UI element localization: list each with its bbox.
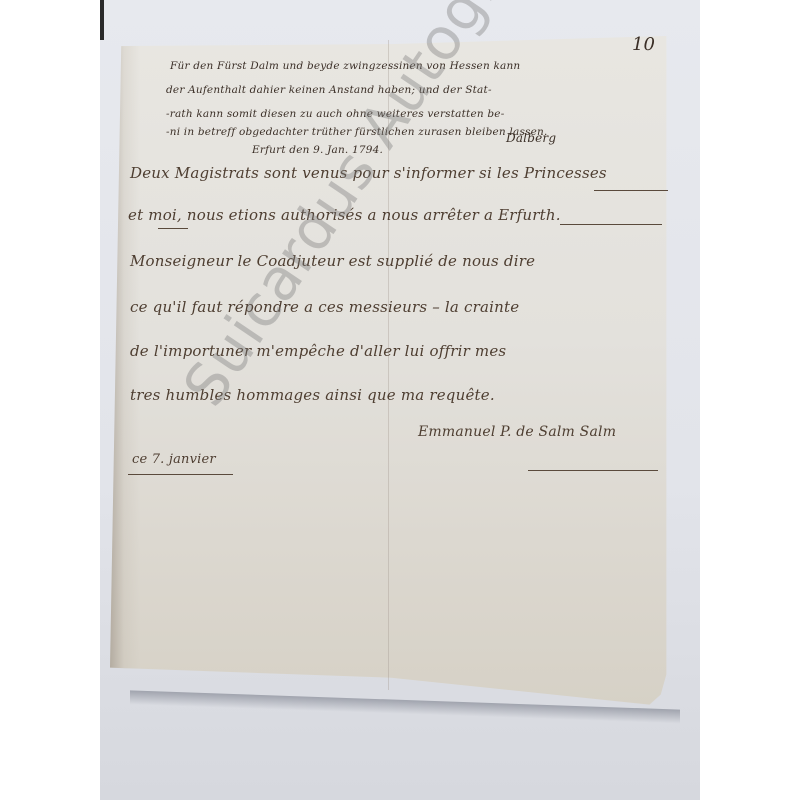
letter-date: ce 7. janvier [132,452,216,467]
underline [128,474,233,475]
letter-line-4: ce qu'il faut répondre a ces messieurs –… [130,298,519,316]
underline [560,224,662,225]
letter-signature: Emmanuel P. de Salm Salm [418,424,616,440]
underline [158,228,188,229]
german-note-signature: Dalberg [506,131,556,145]
german-note-line-1: Für den Fürst Dalm und beyde zwingzessin… [170,60,520,72]
german-note-line-3: -rath kann somit diesen zu auch ohne wei… [166,108,504,120]
photo-edge-shadow [100,0,104,40]
underline [594,190,668,191]
signature-flourish [528,470,658,471]
page-number: 10 [632,34,655,55]
